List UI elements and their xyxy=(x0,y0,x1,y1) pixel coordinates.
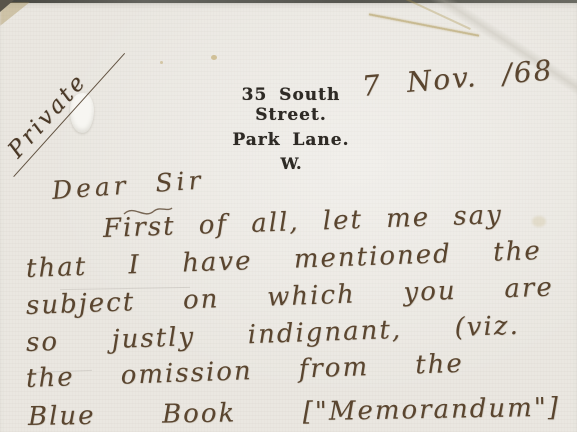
letterhead-street: 35 South Street. xyxy=(207,85,375,125)
letter-scan: Private 35 South Street. Park Lane. W. 7… xyxy=(0,0,577,432)
private-annotation: Private xyxy=(0,34,125,177)
paper-speck xyxy=(160,61,163,64)
letterhead-district: W. xyxy=(207,154,375,173)
letterhead: 35 South Street. Park Lane. W. xyxy=(207,85,375,173)
letterhead-locality: Park Lane. xyxy=(207,130,375,150)
paper-speck xyxy=(211,55,217,60)
paper-speck xyxy=(532,216,546,227)
body-line: Blue Book ["Memorandum"] xyxy=(28,393,560,432)
salutation: Dear Sir xyxy=(51,165,205,205)
